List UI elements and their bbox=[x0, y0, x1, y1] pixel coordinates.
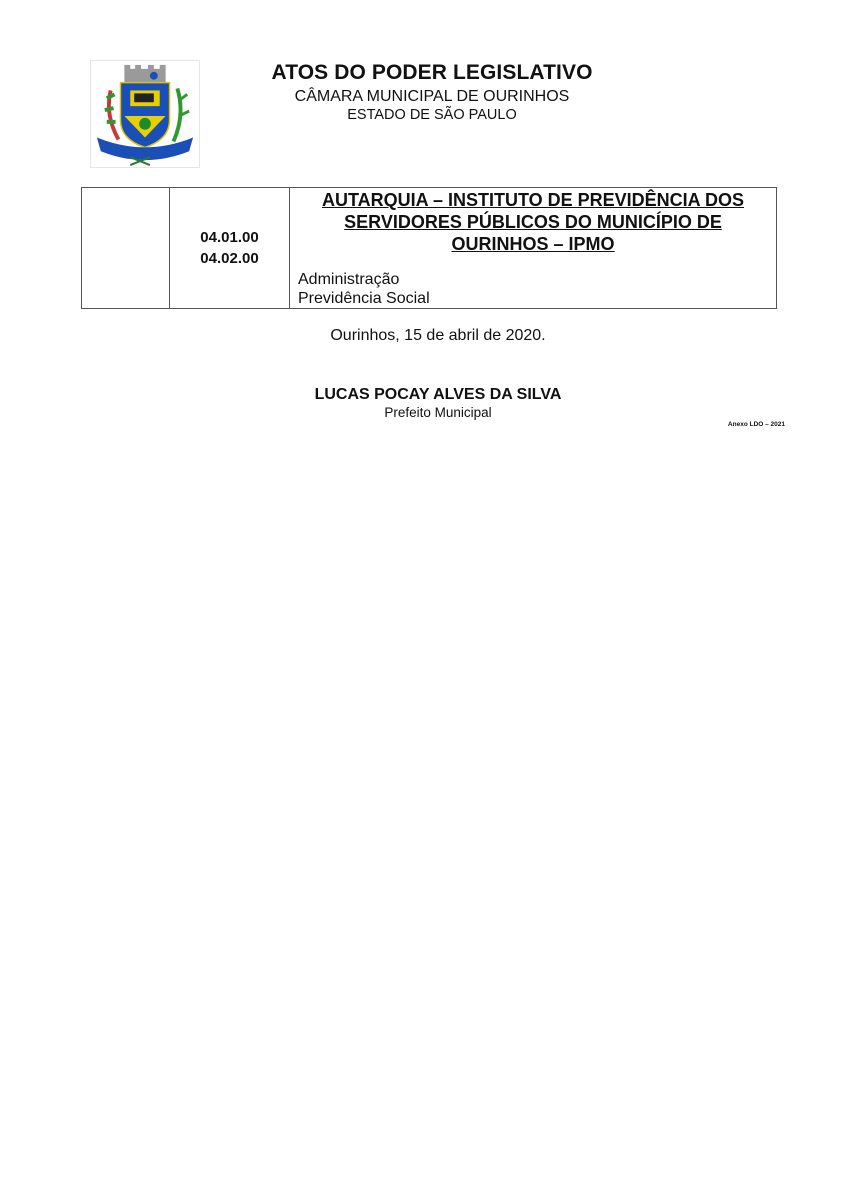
function-item: Previdência Social bbox=[298, 289, 768, 308]
empty-cell bbox=[82, 188, 170, 309]
signer-role: Prefeito Municipal bbox=[260, 405, 616, 420]
page-title: ATOS DO PODER LEGISLATIVO bbox=[220, 61, 644, 85]
document-date: Ourinhos, 15 de abril de 2020. bbox=[290, 327, 586, 345]
coat-of-arms-logo bbox=[90, 60, 200, 168]
annex-label: Anexo LDO – 2021 bbox=[728, 421, 785, 428]
state-name: ESTADO DE SÃO PAULO bbox=[220, 107, 644, 123]
chamber-name: CÂMARA MUNICIPAL DE OURINHOS bbox=[220, 88, 644, 106]
budget-units-table: 04.01.00 04.02.00 AUTARQUIA – INSTITUTO … bbox=[81, 187, 777, 309]
code-1: 04.01.00 bbox=[170, 227, 289, 248]
signer-name: LUCAS POCAY ALVES DA SILVA bbox=[260, 386, 616, 404]
coat-of-arms-icon bbox=[91, 61, 199, 167]
entity-name: AUTARQUIA – INSTITUTO DE PREVIDÊNCIA DOS… bbox=[298, 189, 768, 255]
entity-cell: AUTARQUIA – INSTITUTO DE PREVIDÊNCIA DOS… bbox=[290, 188, 777, 309]
table-row: 04.01.00 04.02.00 AUTARQUIA – INSTITUTO … bbox=[82, 188, 777, 309]
codes-cell: 04.01.00 04.02.00 bbox=[170, 188, 290, 309]
code-2: 04.02.00 bbox=[170, 248, 289, 269]
function-item: Administração bbox=[298, 270, 768, 289]
functions-list: Administração Previdência Social bbox=[298, 270, 768, 308]
